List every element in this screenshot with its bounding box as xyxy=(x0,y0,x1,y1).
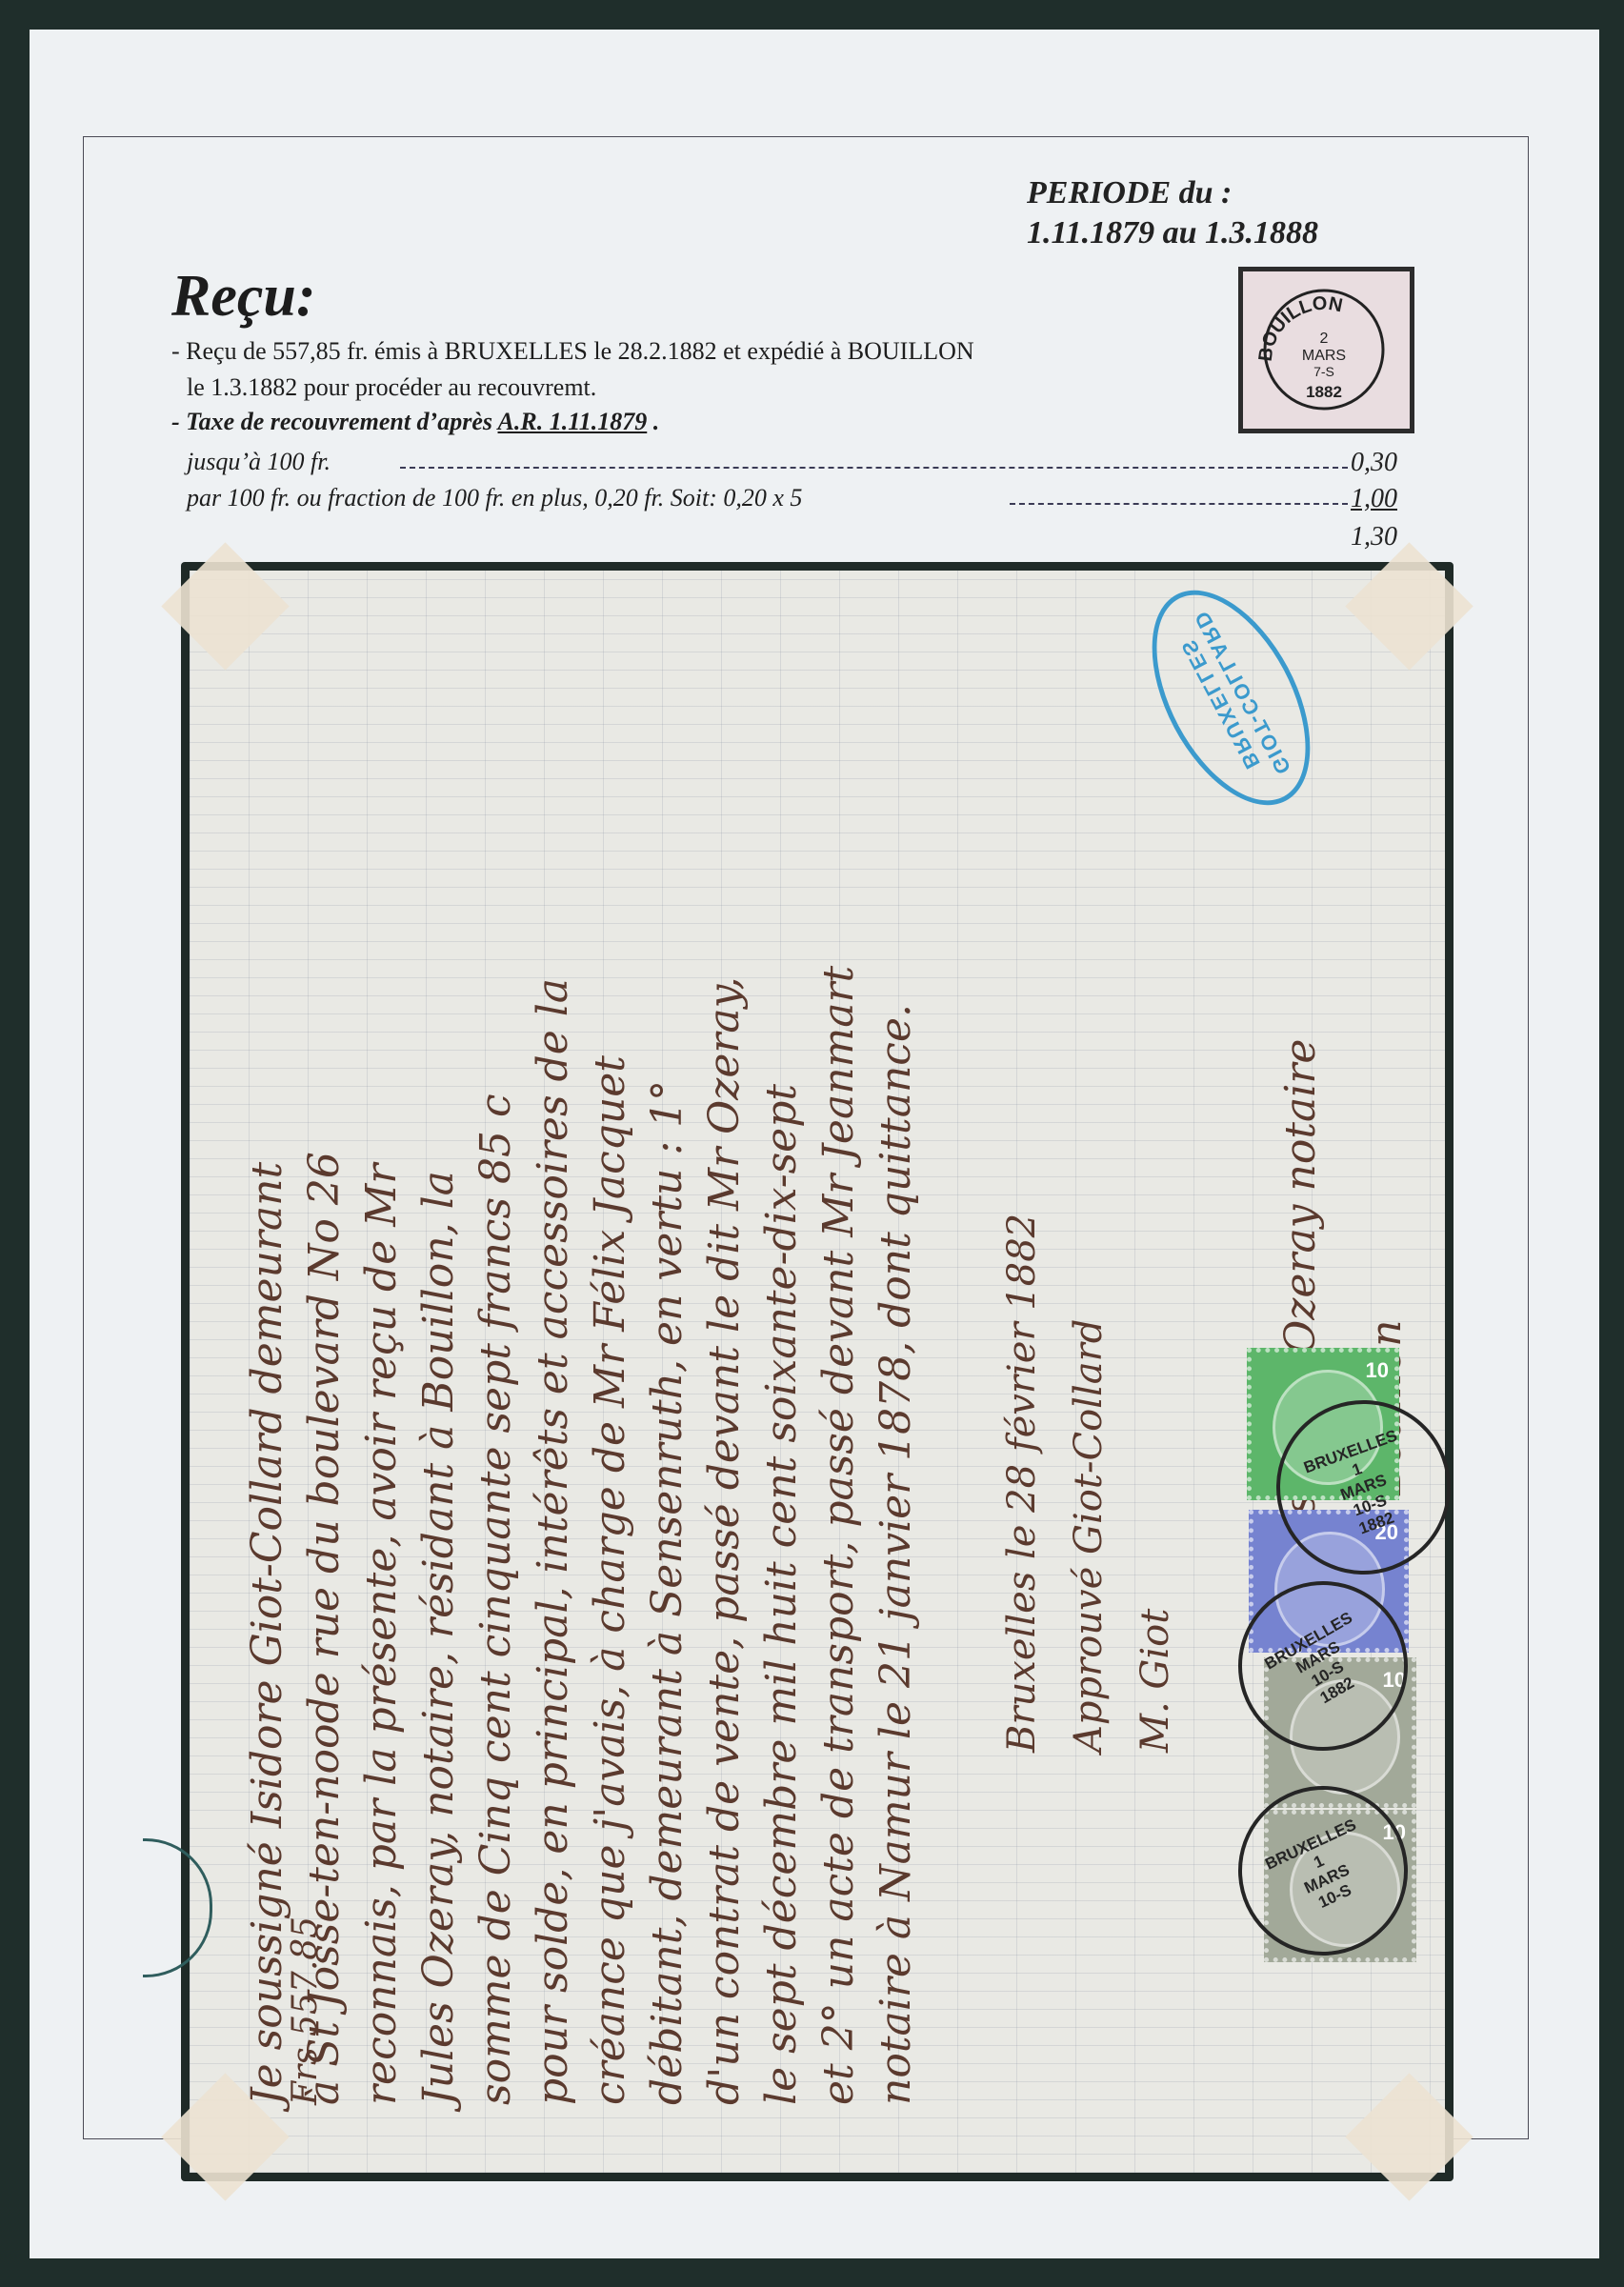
tax-suffix: . xyxy=(647,408,659,435)
tax-total: 1,30 xyxy=(1351,522,1397,552)
period-heading: PERIODE du : 1.11.1879 au 1.3.1888 xyxy=(1027,173,1318,253)
handwritten-line: le sept décembre mil huit cent soixante-… xyxy=(757,1084,806,2105)
tax-prefix: - Taxe de recouvrement d’après xyxy=(171,408,498,435)
handwritten-line: notaire à Namur le 21 janvier 1878, dont… xyxy=(872,1004,920,2105)
svg-text:1882: 1882 xyxy=(1306,383,1342,401)
tax-heading: - Taxe de recouvrement d’après A.R. 1.11… xyxy=(171,408,659,436)
handwritten-line: Je soussigné Isidore Giot-Collard demeur… xyxy=(243,1162,291,2105)
leader-dashes-1 xyxy=(400,467,1348,469)
tax-row-1-label: jusqu’à 100 fr. xyxy=(187,448,331,476)
period-label: PERIODE du : xyxy=(1027,173,1318,213)
cancel-day: 1 xyxy=(1350,1459,1364,1479)
tax-row-1-amount: 0,30 xyxy=(1351,448,1397,478)
svg-text:2: 2 xyxy=(1320,331,1329,347)
handwritten-line: d'un contrat de vente, passé devant le d… xyxy=(700,976,749,2105)
description-line-1: - Reçu de 557,85 fr. émis à BRUXELLES le… xyxy=(171,337,974,366)
handwritten-line: pour solde, en principal, intérêts et ac… xyxy=(529,978,577,2105)
handwritten-line: Bruxelles le 28 février 1882 xyxy=(1000,1214,1044,1753)
bouillon-postmark-detail: BOUILLON 2 MARS 7-S 1882 xyxy=(1238,267,1414,433)
svg-text:7-S: 7-S xyxy=(1313,364,1334,379)
period-range: 1.11.1879 au 1.3.1888 xyxy=(1027,213,1318,253)
marginal-amount-note: Frs 557.85 xyxy=(286,1916,325,2105)
handwritten-line: Approuvé Giot-Collard xyxy=(1067,1319,1111,1753)
bouillon-cancel-icon: BOUILLON 2 MARS 7-S 1882 xyxy=(1243,271,1410,429)
cancel-town: BRUXELLES xyxy=(1301,1426,1399,1476)
tax-reference: A.R. 1.11.1879 xyxy=(498,408,648,435)
handwritten-line: M. Giot xyxy=(1133,1609,1177,1753)
handwritten-line: Jules Ozeray, notaire, résidant à Bouill… xyxy=(414,1171,463,2105)
tax-row-2-label: par 100 fr. ou fraction de 100 fr. en pl… xyxy=(187,484,802,512)
handwritten-line: débitant, demeurant à Sensenruth, en ver… xyxy=(643,1080,692,2105)
page-title: Reçu: xyxy=(171,263,316,331)
stamp-value: 10 xyxy=(1366,1358,1389,1383)
handwritten-line: créance que j'avais, à charge de Mr Féli… xyxy=(586,1055,634,2105)
handwritten-line: reconnais, par la présente, avoir reçu d… xyxy=(357,1164,406,2105)
handwritten-line: et 2° un acte de transport, passé devant… xyxy=(814,966,863,2105)
description-line-2: le 1.3.1882 pour procéder au recouvremt. xyxy=(187,373,596,402)
svg-text:MARS: MARS xyxy=(1302,348,1346,364)
tax-row-2-amount: 1,00 xyxy=(1351,484,1397,514)
handwritten-line: somme de Cinq cent cinquante sept francs… xyxy=(471,1093,520,2105)
leader-dashes-2 xyxy=(1010,503,1348,505)
